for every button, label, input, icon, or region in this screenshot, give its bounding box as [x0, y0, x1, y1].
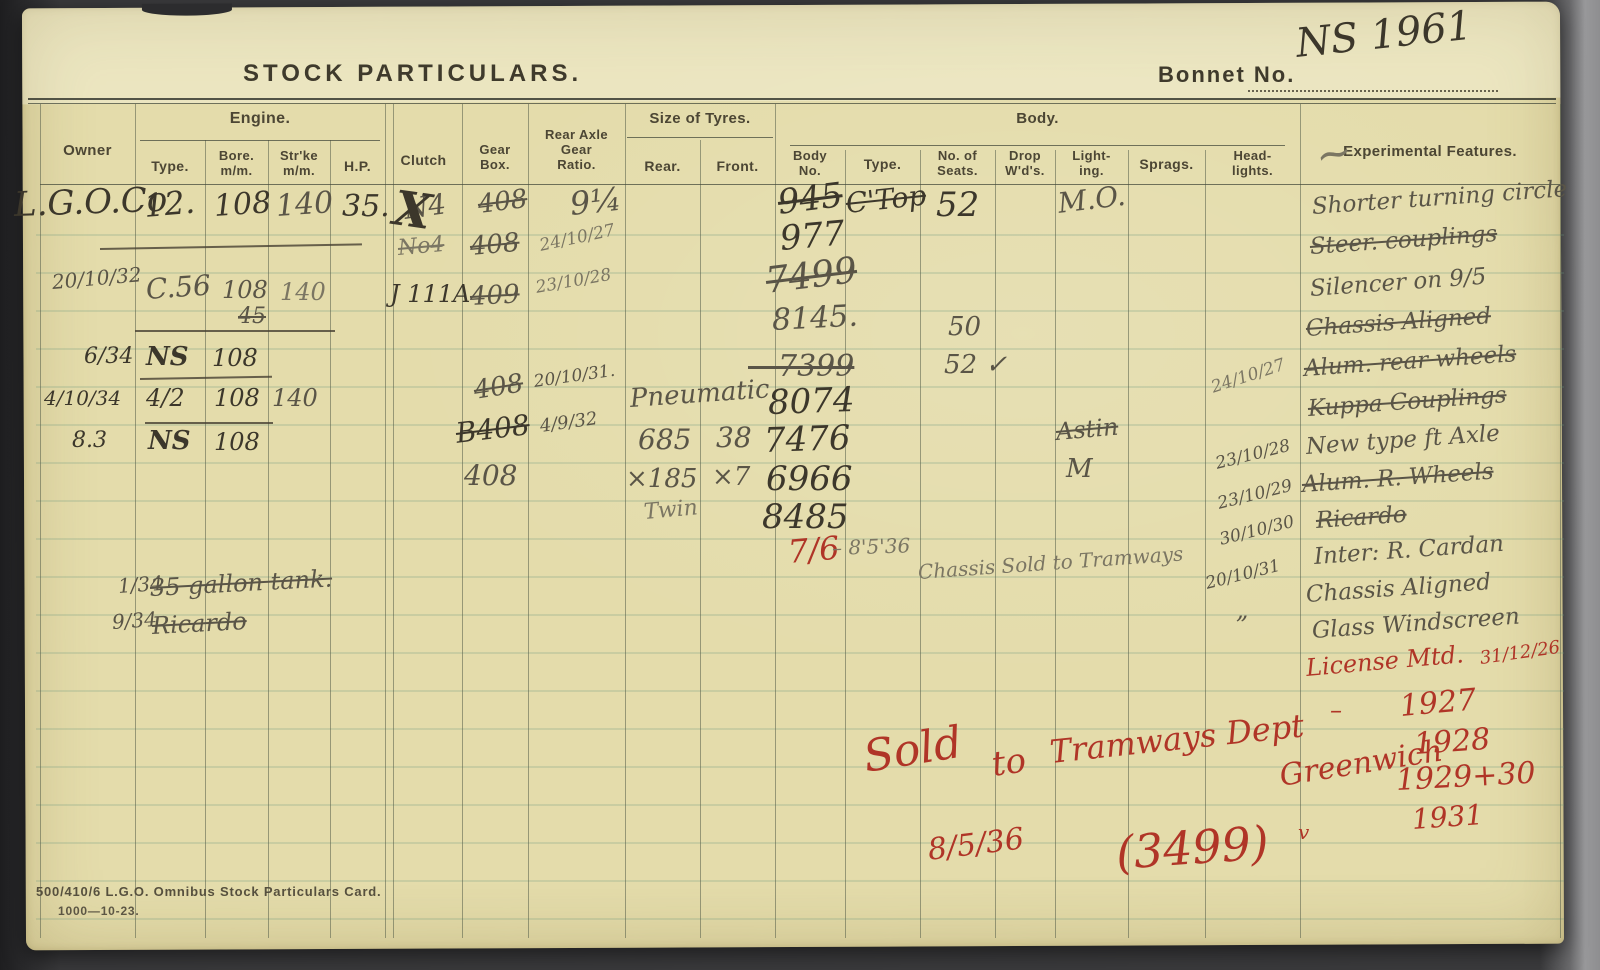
body-no-entry: 7476 — [763, 421, 851, 458]
owner-entry: 4/10/34 — [44, 388, 121, 408]
gearbox-entry: 408 — [469, 230, 521, 260]
clutch-entry: No4 — [397, 234, 445, 260]
grid-line-vertical — [330, 140, 331, 938]
col-header-tyres-rear: Rear. — [625, 158, 700, 174]
bonnet-no-dotted-line — [1248, 64, 1498, 92]
col-header-gear-box: Gear Box. — [462, 143, 528, 173]
grid-line-vertical — [205, 140, 206, 938]
grid-line-vertical — [995, 150, 996, 938]
body-no-entry: 8074 — [767, 383, 855, 420]
license-year: 1931 — [1411, 801, 1484, 834]
col-header-sprags: Sprags. — [1128, 156, 1205, 172]
lighting-entry: M — [1066, 456, 1093, 482]
note-entry: Ricardo — [151, 609, 247, 638]
engine-stroke-entry: 140 — [272, 386, 318, 410]
red-check-mark: v — [1298, 822, 1309, 842]
col-header-engine-stroke: Str'ke m/m. — [268, 149, 330, 179]
grid-line-vertical — [462, 104, 463, 938]
col-header-tyres-group: Size of Tyres. — [625, 110, 775, 127]
col-header-engine-group: Engine. — [135, 110, 385, 128]
engine-type-entry: NS — [148, 428, 191, 454]
scribble-mark: ~ — [1311, 129, 1356, 180]
lighting-entry: Astin — [1055, 415, 1119, 444]
col-header-drop-windows: Drop W'd's. — [995, 149, 1055, 179]
ditto-mark: „ — [1236, 598, 1248, 622]
grid-line-vertical — [1128, 150, 1129, 938]
body-no-entry: 6966 — [766, 462, 853, 496]
engine-bore-entry: 108 — [212, 346, 258, 370]
col-header-engine-type: Type. — [137, 158, 203, 174]
tyres-front-entry: 38 — [716, 424, 752, 452]
engine-type-entry: NS — [146, 344, 189, 370]
engine-stroke-entry: 140 — [275, 188, 334, 222]
sold-note: to — [990, 743, 1029, 781]
grid-line-vertical — [528, 104, 529, 938]
engine-bore-entry: 108 — [213, 188, 272, 222]
col-header-engine-bore: Bore. m/m. — [205, 149, 268, 179]
grid-line-vertical — [625, 104, 626, 938]
gearbox-entry: 409 — [469, 281, 520, 310]
grid-line-vertical — [1560, 104, 1561, 938]
col-header-body-no: Body No. — [775, 149, 845, 179]
engine-bore-entry: 108 — [214, 386, 260, 410]
gearbox-entry: 408 — [464, 462, 517, 490]
ditto-mark-red: – — [1330, 698, 1342, 722]
grid-line-vertical — [268, 140, 269, 938]
grid-line-vertical — [1300, 104, 1301, 938]
col-header-hp: H.P. — [330, 158, 385, 174]
body-type-entry: C'Top — [845, 182, 928, 218]
form-reference: 500/410/6 L.G.O. Omnibus Stock Particula… — [36, 884, 381, 899]
grid-line-horizontal — [790, 145, 1285, 146]
grid-line-vertical — [1055, 150, 1056, 938]
col-header-rear-axle: Rear Axle Gear Ratio. — [528, 128, 625, 173]
col-header-owner: Owner — [40, 142, 135, 159]
col-header-body-type: Type. — [845, 156, 920, 172]
engine-type-entry: 45 — [238, 306, 266, 328]
col-header-body-group: Body. — [775, 110, 1300, 127]
lighting-entry: M.O. — [1056, 182, 1127, 218]
grid-line-horizontal — [28, 98, 1556, 100]
gearbox-entry: 408 — [472, 370, 525, 403]
card-content: STOCK PARTICULARS. Bonnet No. Owner Engi… — [0, 0, 1600, 970]
grid-line-vertical — [920, 150, 921, 938]
pen-underline — [145, 422, 273, 424]
body-no-entry: 977 — [779, 216, 847, 256]
grid-line-vertical — [385, 104, 386, 938]
engine-type-entry: 12. — [143, 186, 196, 222]
engine-hp-entry: 35. — [342, 192, 390, 222]
col-header-lighting: Light- ing. — [1055, 149, 1128, 179]
experimental-entry: Ricardo — [1315, 504, 1407, 533]
engine-type-entry: 4/2 — [146, 386, 185, 410]
col-header-headlights: Head- lights. — [1205, 149, 1300, 179]
engine-stroke-entry: 140 — [280, 280, 326, 304]
grid-line-horizontal — [28, 103, 1556, 104]
license-year: 1927 — [1399, 685, 1478, 722]
engine-bore-entry: 108 — [222, 278, 268, 302]
grid-line-horizontal — [627, 137, 773, 138]
tyres-rear-entry: 685 — [638, 426, 691, 454]
rear-axle-entry: 9¼ — [568, 183, 622, 220]
clutch-cross-mark: X — [391, 184, 435, 237]
col-header-seats: No. of Seats. — [920, 149, 995, 179]
clutch-entry: J 111A — [390, 282, 470, 306]
seats-entry: 52 — [936, 188, 979, 222]
owner-entry: 6/34 — [84, 346, 133, 368]
seats-entry: 52 ✓ — [944, 352, 1007, 378]
grid-line-vertical — [700, 140, 701, 938]
seats-entry: 50 — [948, 314, 981, 340]
col-header-clutch: Clutch — [385, 152, 462, 168]
engine-type-entry: C.56 — [145, 272, 212, 304]
grid-line-vertical — [40, 104, 41, 938]
pencil-date-note: – 8'5'36 — [832, 535, 911, 558]
tyres-front-entry: ×7 — [712, 464, 750, 490]
pen-underline — [135, 330, 335, 332]
tyres-rear-entry: Twin — [643, 497, 699, 524]
page-title: STOCK PARTICULARS. — [243, 60, 582, 88]
owner-entry: 8.3 — [72, 430, 107, 452]
bonnet-number-handwritten: NS 1961 — [1294, 6, 1474, 64]
tyres-rear-entry: ×185 — [626, 466, 697, 492]
gearbox-entry: 408 — [476, 186, 528, 218]
fleet-number-red: (3499) — [1114, 819, 1270, 876]
grid-line-horizontal — [140, 140, 380, 141]
print-code: 1000—10-23. — [58, 904, 140, 918]
body-no-entry: 8145. — [771, 302, 858, 336]
body-no-entry: —7399 — [748, 352, 854, 382]
engine-bore-entry: 108 — [214, 430, 260, 454]
grid-line-vertical — [135, 104, 136, 938]
col-header-tyres-front: Front. — [700, 158, 775, 174]
